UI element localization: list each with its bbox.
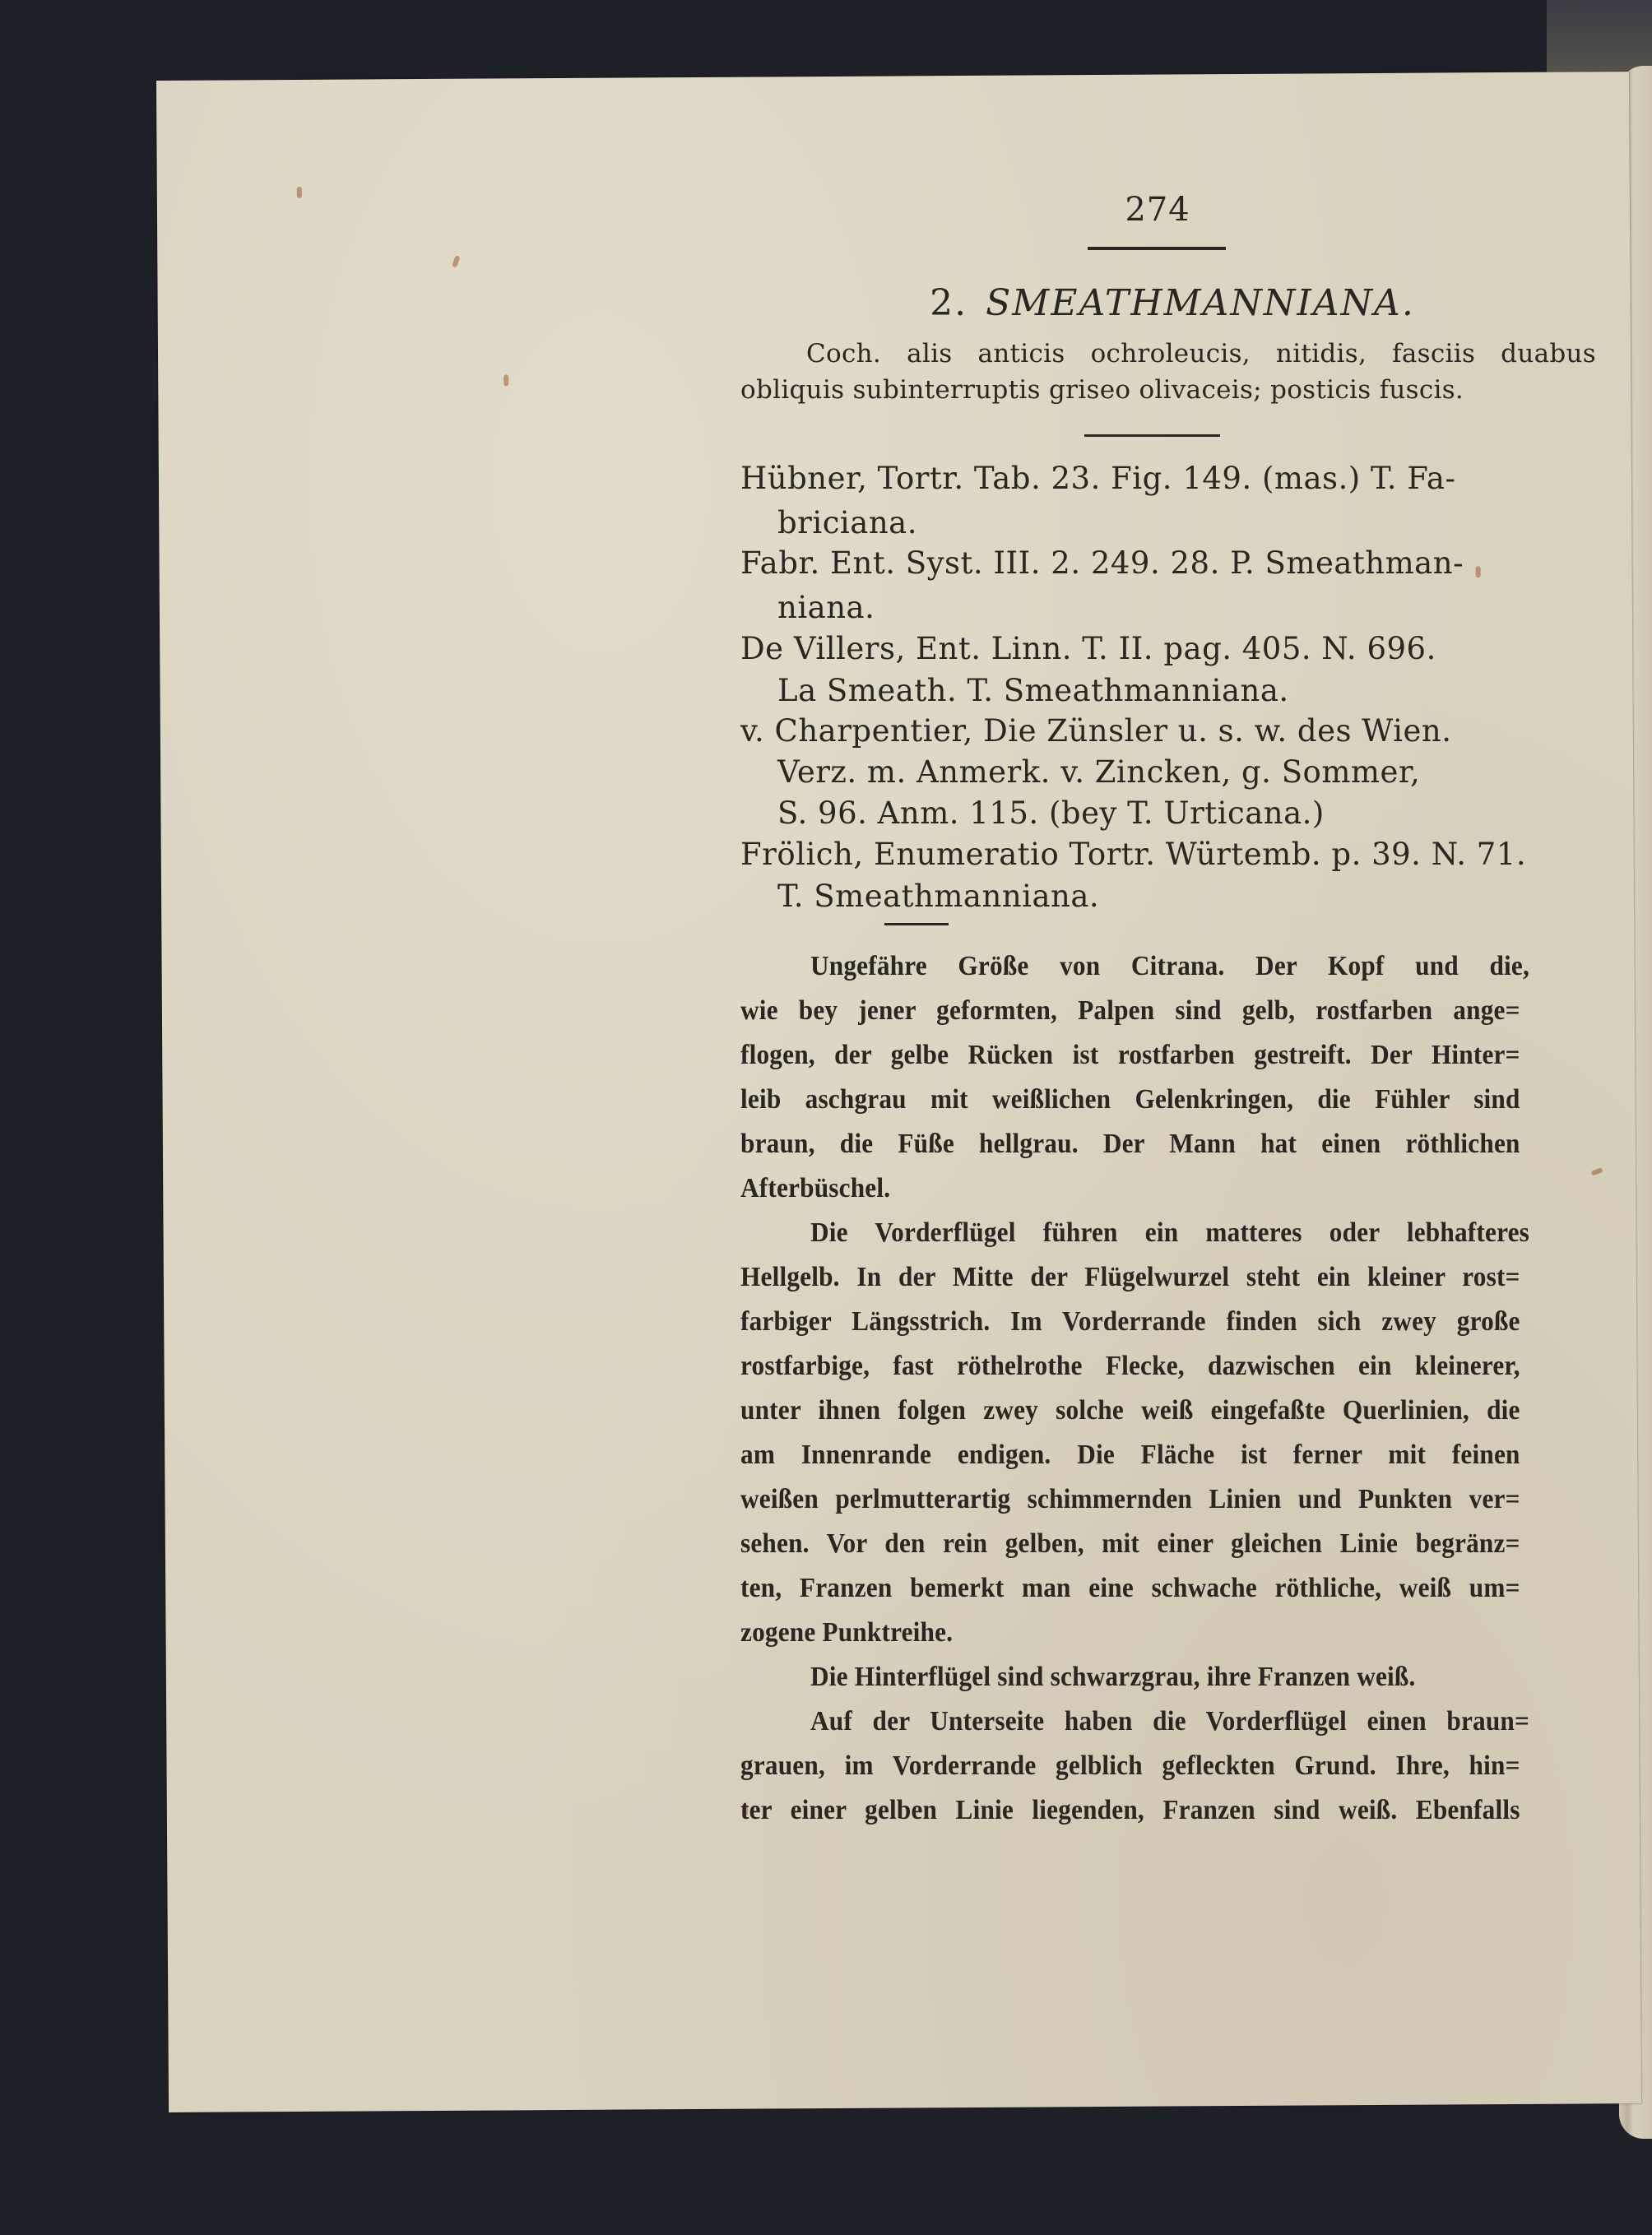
- foxing-spot: [297, 187, 302, 198]
- page-number: 274: [1088, 191, 1227, 229]
- body-line: rostfarbige, fast röthelrothe Flecke, da…: [740, 1344, 1520, 1389]
- body-line: ter einer gelben Linie liegenden, Franze…: [740, 1788, 1520, 1833]
- body-line: farbiger Längsstrich. Im Vorderrande fin…: [740, 1300, 1520, 1344]
- body-line: weißen perlmutterartig schimmernden Lini…: [740, 1477, 1520, 1522]
- diagnosis-line-1: Coch. alis anticis ochroleucis, nitidis,…: [740, 336, 1596, 372]
- section-rule: [884, 923, 949, 925]
- header-rule: [1088, 247, 1226, 250]
- body-line: Die Vorderflügel führen ein matteres ode…: [810, 1211, 1529, 1255]
- species-heading: 2.SMEATHMANNIANA.: [740, 282, 1604, 324]
- foxing-spot: [1591, 1167, 1603, 1175]
- diagnosis-line-2: obliquis subinterruptis griseo olivaceis…: [740, 372, 1596, 408]
- reference-line: niana.: [777, 586, 1633, 630]
- reference-line: Hübner, Tortr. Tab. 23. Fig. 149. (mas.)…: [740, 457, 1596, 501]
- reference-line: De Villers, Ent. Linn. T. II. pag. 405. …: [740, 627, 1596, 671]
- reference-line: S. 96. Anm. 115. (bey T. Urticana.): [777, 791, 1633, 836]
- body-line: braun, die Füße hellgrau. Der Mann hat e…: [740, 1122, 1520, 1166]
- body-line: sehen. Vor den rein gelben, mit einer gl…: [740, 1522, 1520, 1566]
- reference-line: Fabr. Ent. Syst. III. 2. 249. 28. P. Sme…: [740, 541, 1596, 586]
- reference-line: La Smeath. T. Smeathmanniana.: [777, 669, 1633, 713]
- species-number: 2.: [930, 282, 968, 324]
- reference-line: Verz. m. Anmerk. v. Zincken, g. Sommer,: [777, 750, 1633, 795]
- reference-line: v. Charpentier, Die Zünsler u. s. w. des…: [740, 709, 1596, 754]
- reference-line: Frölich, Enumeratio Tortr. Würtemb. p. 3…: [740, 832, 1596, 877]
- body-line: ten, Franzen bemerkt man eine schwache r…: [740, 1566, 1520, 1611]
- body-line: leib aschgrau mit weißlichen Gelenkringe…: [740, 1078, 1520, 1122]
- body-line: Ungefähre Größe von Citrana. Der Kopf un…: [810, 944, 1529, 989]
- body-line: unter ihnen folgen zwey solche weiß eing…: [740, 1389, 1520, 1433]
- body-line: zogene Punktreihe.: [740, 1611, 1520, 1655]
- species-name: SMEATHMANNIANA.: [986, 282, 1415, 324]
- body-line: flogen, der gelbe Rücken ist rostfarben …: [740, 1033, 1520, 1078]
- foxing-spot: [452, 255, 460, 267]
- body-line: am Innenrande endigen. Die Fläche ist fe…: [740, 1433, 1520, 1477]
- section-rule: [1084, 434, 1220, 437]
- body-line: Hellgelb. In der Mitte der Flügelwurzel …: [740, 1255, 1520, 1300]
- body-line: Die Hinterflügel sind schwarzgrau, ihre …: [810, 1655, 1529, 1699]
- body-line: Afterbüschel.: [740, 1166, 1520, 1211]
- reference-line: T. Smeathmanniana.: [777, 874, 1633, 919]
- body-line: wie bey jener geformten, Palpen sind gel…: [740, 989, 1520, 1033]
- body-line: grauen, im Vorderrande gelblich gefleckt…: [740, 1744, 1520, 1788]
- body-line: Auf der Unterseite haben die Vorderflüge…: [810, 1699, 1529, 1744]
- foxing-spot: [503, 374, 508, 386]
- reference-line: briciana.: [777, 501, 1633, 545]
